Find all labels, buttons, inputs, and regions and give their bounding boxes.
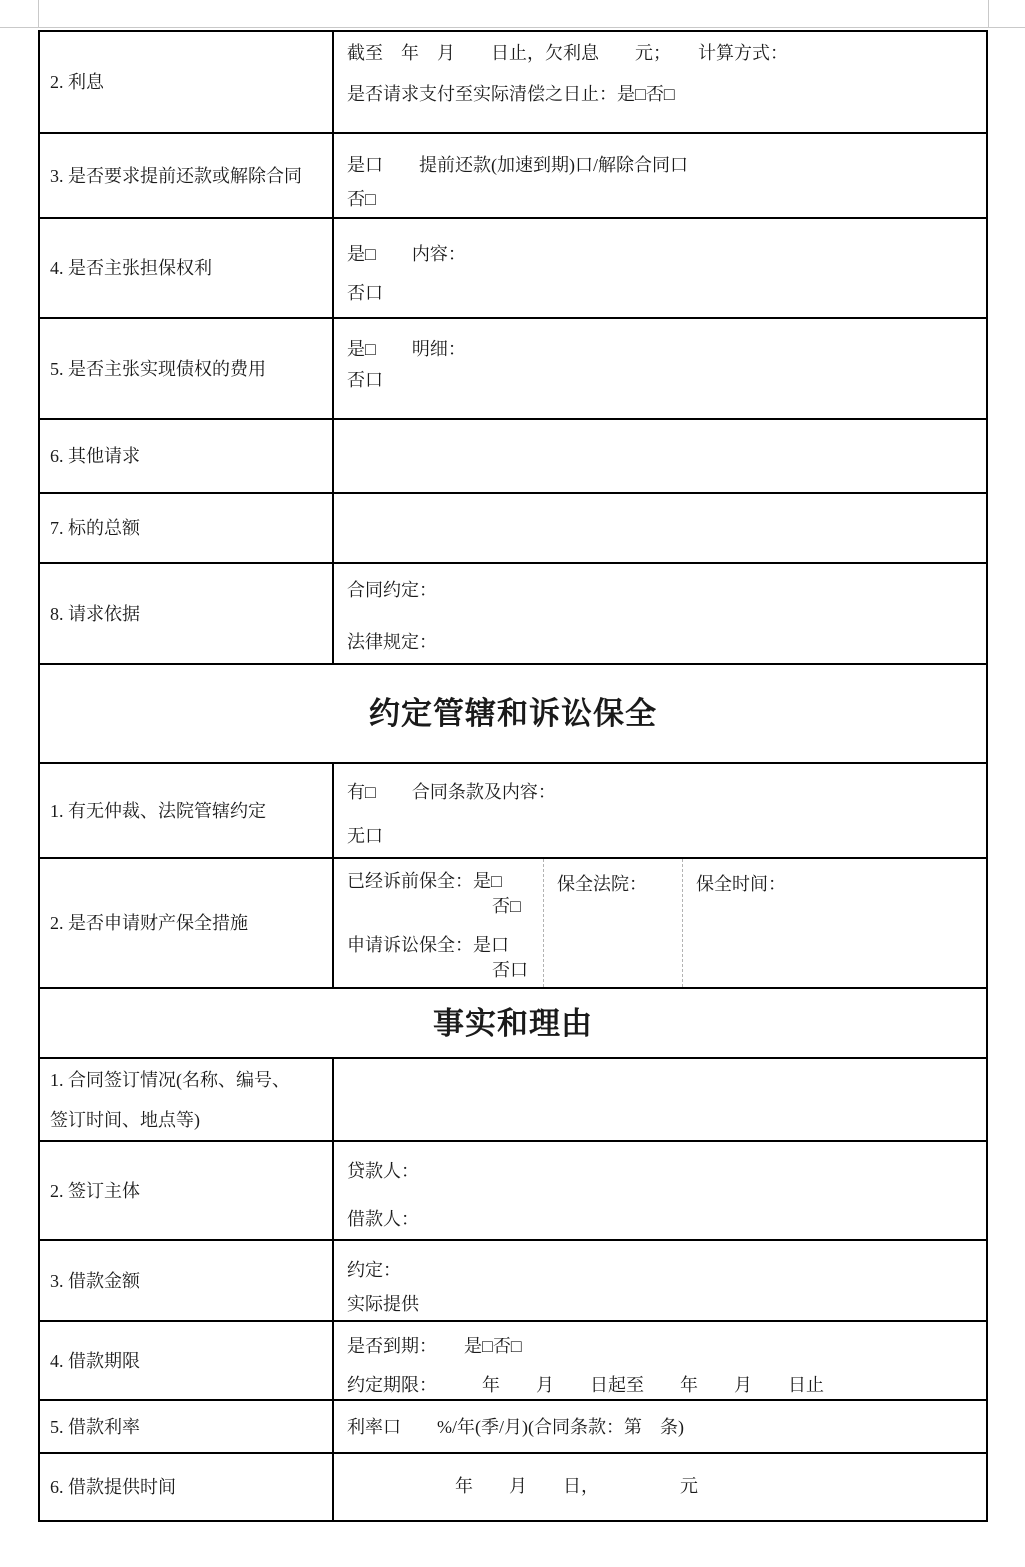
row-property-preservation: 2. 是否申请财产保全措施 已经诉前保全：是□ 否□ 申请诉讼保全：是口 否口 …: [40, 859, 986, 989]
interest-line2-yes-no-checkbox-line[interactable]: 是否请求支付至实际清偿之日止：是□否□: [347, 81, 978, 107]
loan-term-content[interactable]: 是否到期： 是□否□ 约定期限： 年 月 日起至 年 月 日止: [334, 1322, 986, 1399]
realization-cost-no-checkbox-line[interactable]: 否口: [347, 367, 978, 393]
realization-cost-content[interactable]: 是□ 明细： 否口: [334, 319, 986, 418]
total-amount-label: 7. 标的总额: [40, 494, 334, 562]
rate-checkbox-line[interactable]: 利率口 %/年(季/月)(合同条款：第 条): [347, 1414, 978, 1440]
agreed-term-line[interactable]: 约定期限： 年 月 日起至 年 月 日止: [347, 1372, 978, 1398]
borrower-line[interactable]: 借款人：: [347, 1206, 978, 1232]
loan-lawsuit-elements-table: 2. 利息 截至 年 月 日止，欠利息 元； 计算方式： 是否请求支付至实际清偿…: [38, 30, 988, 1522]
claim-basis-label: 8. 请求依据: [40, 564, 334, 663]
row-loan-amount: 3. 借款金额 约定： 实际提供: [40, 1241, 986, 1322]
claim-basis-contract-line[interactable]: 合同约定：: [347, 577, 978, 603]
other-claims-label: 6. 其他请求: [40, 420, 334, 492]
row-loan-term: 4. 借款期限 是否到期： 是□否□ 约定期限： 年 月 日起至 年 月 日止: [40, 1322, 986, 1401]
guarantee-rights-content[interactable]: 是□ 内容： 否口: [334, 219, 986, 317]
property-preservation-content[interactable]: 已经诉前保全：是□ 否□ 申请诉讼保全：是口 否口: [334, 859, 543, 987]
guarantee-no-checkbox-line[interactable]: 否口: [347, 280, 978, 306]
row-early-termination: 3. 是否要求提前还款或解除合同 是口 提前还款(加速到期)口/解除合同口 否□: [40, 134, 986, 219]
loan-rate-label: 5. 借款利率: [40, 1401, 334, 1452]
interest-content[interactable]: 截至 年 月 日止，欠利息 元； 计算方式： 是否请求支付至实际清偿之日止：是□…: [334, 32, 986, 132]
row-claim-basis: 8. 请求依据 合同约定： 法律规定：: [40, 564, 986, 665]
actual-amount-line[interactable]: 实际提供: [347, 1291, 978, 1317]
litigation-preservation-no-checkbox-line[interactable]: 否口: [347, 958, 535, 983]
total-amount-content-empty[interactable]: [334, 494, 986, 562]
contract-signing-label-line1: 1. 合同签订情况(名称、编号、: [50, 1060, 326, 1100]
early-termination-label: 3. 是否要求提前还款或解除合同: [40, 134, 334, 217]
section-jurisdiction-preservation: 约定管辖和诉讼保全: [40, 665, 986, 764]
realization-cost-yes-checkbox-line[interactable]: 是□ 明细：: [347, 336, 978, 362]
claim-basis-law-line[interactable]: 法律规定：: [347, 629, 978, 655]
provide-time-label: 6. 借款提供时间: [40, 1454, 334, 1520]
page-break-area: [0, 0, 1025, 28]
row-total-amount: 7. 标的总额: [40, 494, 986, 564]
row-guarantee-rights: 4. 是否主张担保权利 是□ 内容： 否口: [40, 219, 986, 319]
loan-term-label: 4. 借款期限: [40, 1322, 334, 1399]
property-preservation-label: 2. 是否申请财产保全措施: [40, 859, 334, 987]
jurisdiction-section-header: 约定管辖和诉讼保全: [40, 698, 986, 729]
contract-signing-label-line2: 签订时间、地点等): [50, 1100, 326, 1140]
row-contract-signing: 1. 合同签订情况(名称、编号、 签订时间、地点等): [40, 1059, 986, 1142]
lender-line[interactable]: 贷款人：: [347, 1158, 978, 1184]
row-jurisdiction-agreement: 1. 有无仲裁、法院管辖约定 有□ 合同条款及内容： 无口: [40, 764, 986, 859]
interest-label: 2. 利息: [40, 32, 334, 132]
section-facts-reasons: 事实和理由: [40, 989, 986, 1059]
provide-date-amount-line[interactable]: 年 月 日， 元: [347, 1473, 978, 1499]
page-edge-left-line: [38, 0, 39, 27]
jurisdiction-agreement-content[interactable]: 有□ 合同条款及内容： 无口: [334, 764, 986, 857]
jurisdiction-agreement-label: 1. 有无仲裁、法院管辖约定: [40, 764, 334, 857]
preservation-court-cell[interactable]: 保全法院：: [543, 859, 682, 987]
row-provide-time: 6. 借款提供时间 年 月 日， 元: [40, 1454, 986, 1520]
row-other-claims: 6. 其他请求: [40, 420, 986, 494]
signing-parties-label: 2. 签订主体: [40, 1142, 334, 1239]
jurisdiction-no-checkbox-line[interactable]: 无口: [347, 823, 978, 849]
loan-amount-content[interactable]: 约定： 实际提供: [334, 1241, 986, 1320]
contract-signing-content-empty[interactable]: [334, 1059, 986, 1140]
guarantee-yes-checkbox-line[interactable]: 是□ 内容：: [347, 241, 978, 267]
contract-signing-label: 1. 合同签订情况(名称、编号、 签订时间、地点等): [40, 1059, 334, 1140]
guarantee-rights-label: 4. 是否主张担保权利: [40, 219, 334, 317]
row-realization-cost: 5. 是否主张实现债权的费用 是□ 明细： 否口: [40, 319, 986, 420]
early-termination-content[interactable]: 是口 提前还款(加速到期)口/解除合同口 否□: [334, 134, 986, 217]
preservation-time-cell[interactable]: 保全时间：: [682, 859, 986, 987]
loan-due-yes-no-checkbox-line[interactable]: 是否到期： 是□否□: [347, 1333, 978, 1359]
page-break-horizontal-line: [0, 27, 1025, 28]
realization-cost-label: 5. 是否主张实现债权的费用: [40, 319, 334, 418]
pretrial-preservation-no-checkbox-line[interactable]: 否□: [347, 894, 535, 919]
jurisdiction-yes-checkbox-line[interactable]: 有□ 合同条款及内容：: [347, 779, 978, 805]
claim-basis-content[interactable]: 合同约定： 法律规定：: [334, 564, 986, 663]
facts-section-header: 事实和理由: [40, 1008, 986, 1039]
pretrial-preservation-yes-checkbox-line[interactable]: 已经诉前保全：是□: [347, 869, 535, 894]
other-claims-content-empty[interactable]: [334, 420, 986, 492]
early-termination-yes-checkbox-line[interactable]: 是口 提前还款(加速到期)口/解除合同口: [347, 152, 978, 178]
interest-line1[interactable]: 截至 年 月 日止，欠利息 元； 计算方式：: [347, 40, 978, 66]
litigation-preservation-yes-checkbox-line[interactable]: 申请诉讼保全：是口: [347, 933, 535, 958]
early-termination-no-checkbox-line[interactable]: 否□: [347, 186, 978, 212]
loan-rate-content[interactable]: 利率口 %/年(季/月)(合同条款：第 条): [334, 1401, 986, 1452]
signing-parties-content[interactable]: 贷款人： 借款人：: [334, 1142, 986, 1239]
agreed-amount-line[interactable]: 约定：: [347, 1257, 978, 1283]
provide-time-content[interactable]: 年 月 日， 元: [334, 1454, 986, 1520]
loan-amount-label: 3. 借款金额: [40, 1241, 334, 1320]
row-interest: 2. 利息 截至 年 月 日止，欠利息 元； 计算方式： 是否请求支付至实际清偿…: [40, 32, 986, 134]
page-edge-right-line: [988, 0, 989, 27]
row-loan-rate: 5. 借款利率 利率口 %/年(季/月)(合同条款：第 条): [40, 1401, 986, 1454]
row-signing-parties: 2. 签订主体 贷款人： 借款人：: [40, 1142, 986, 1241]
